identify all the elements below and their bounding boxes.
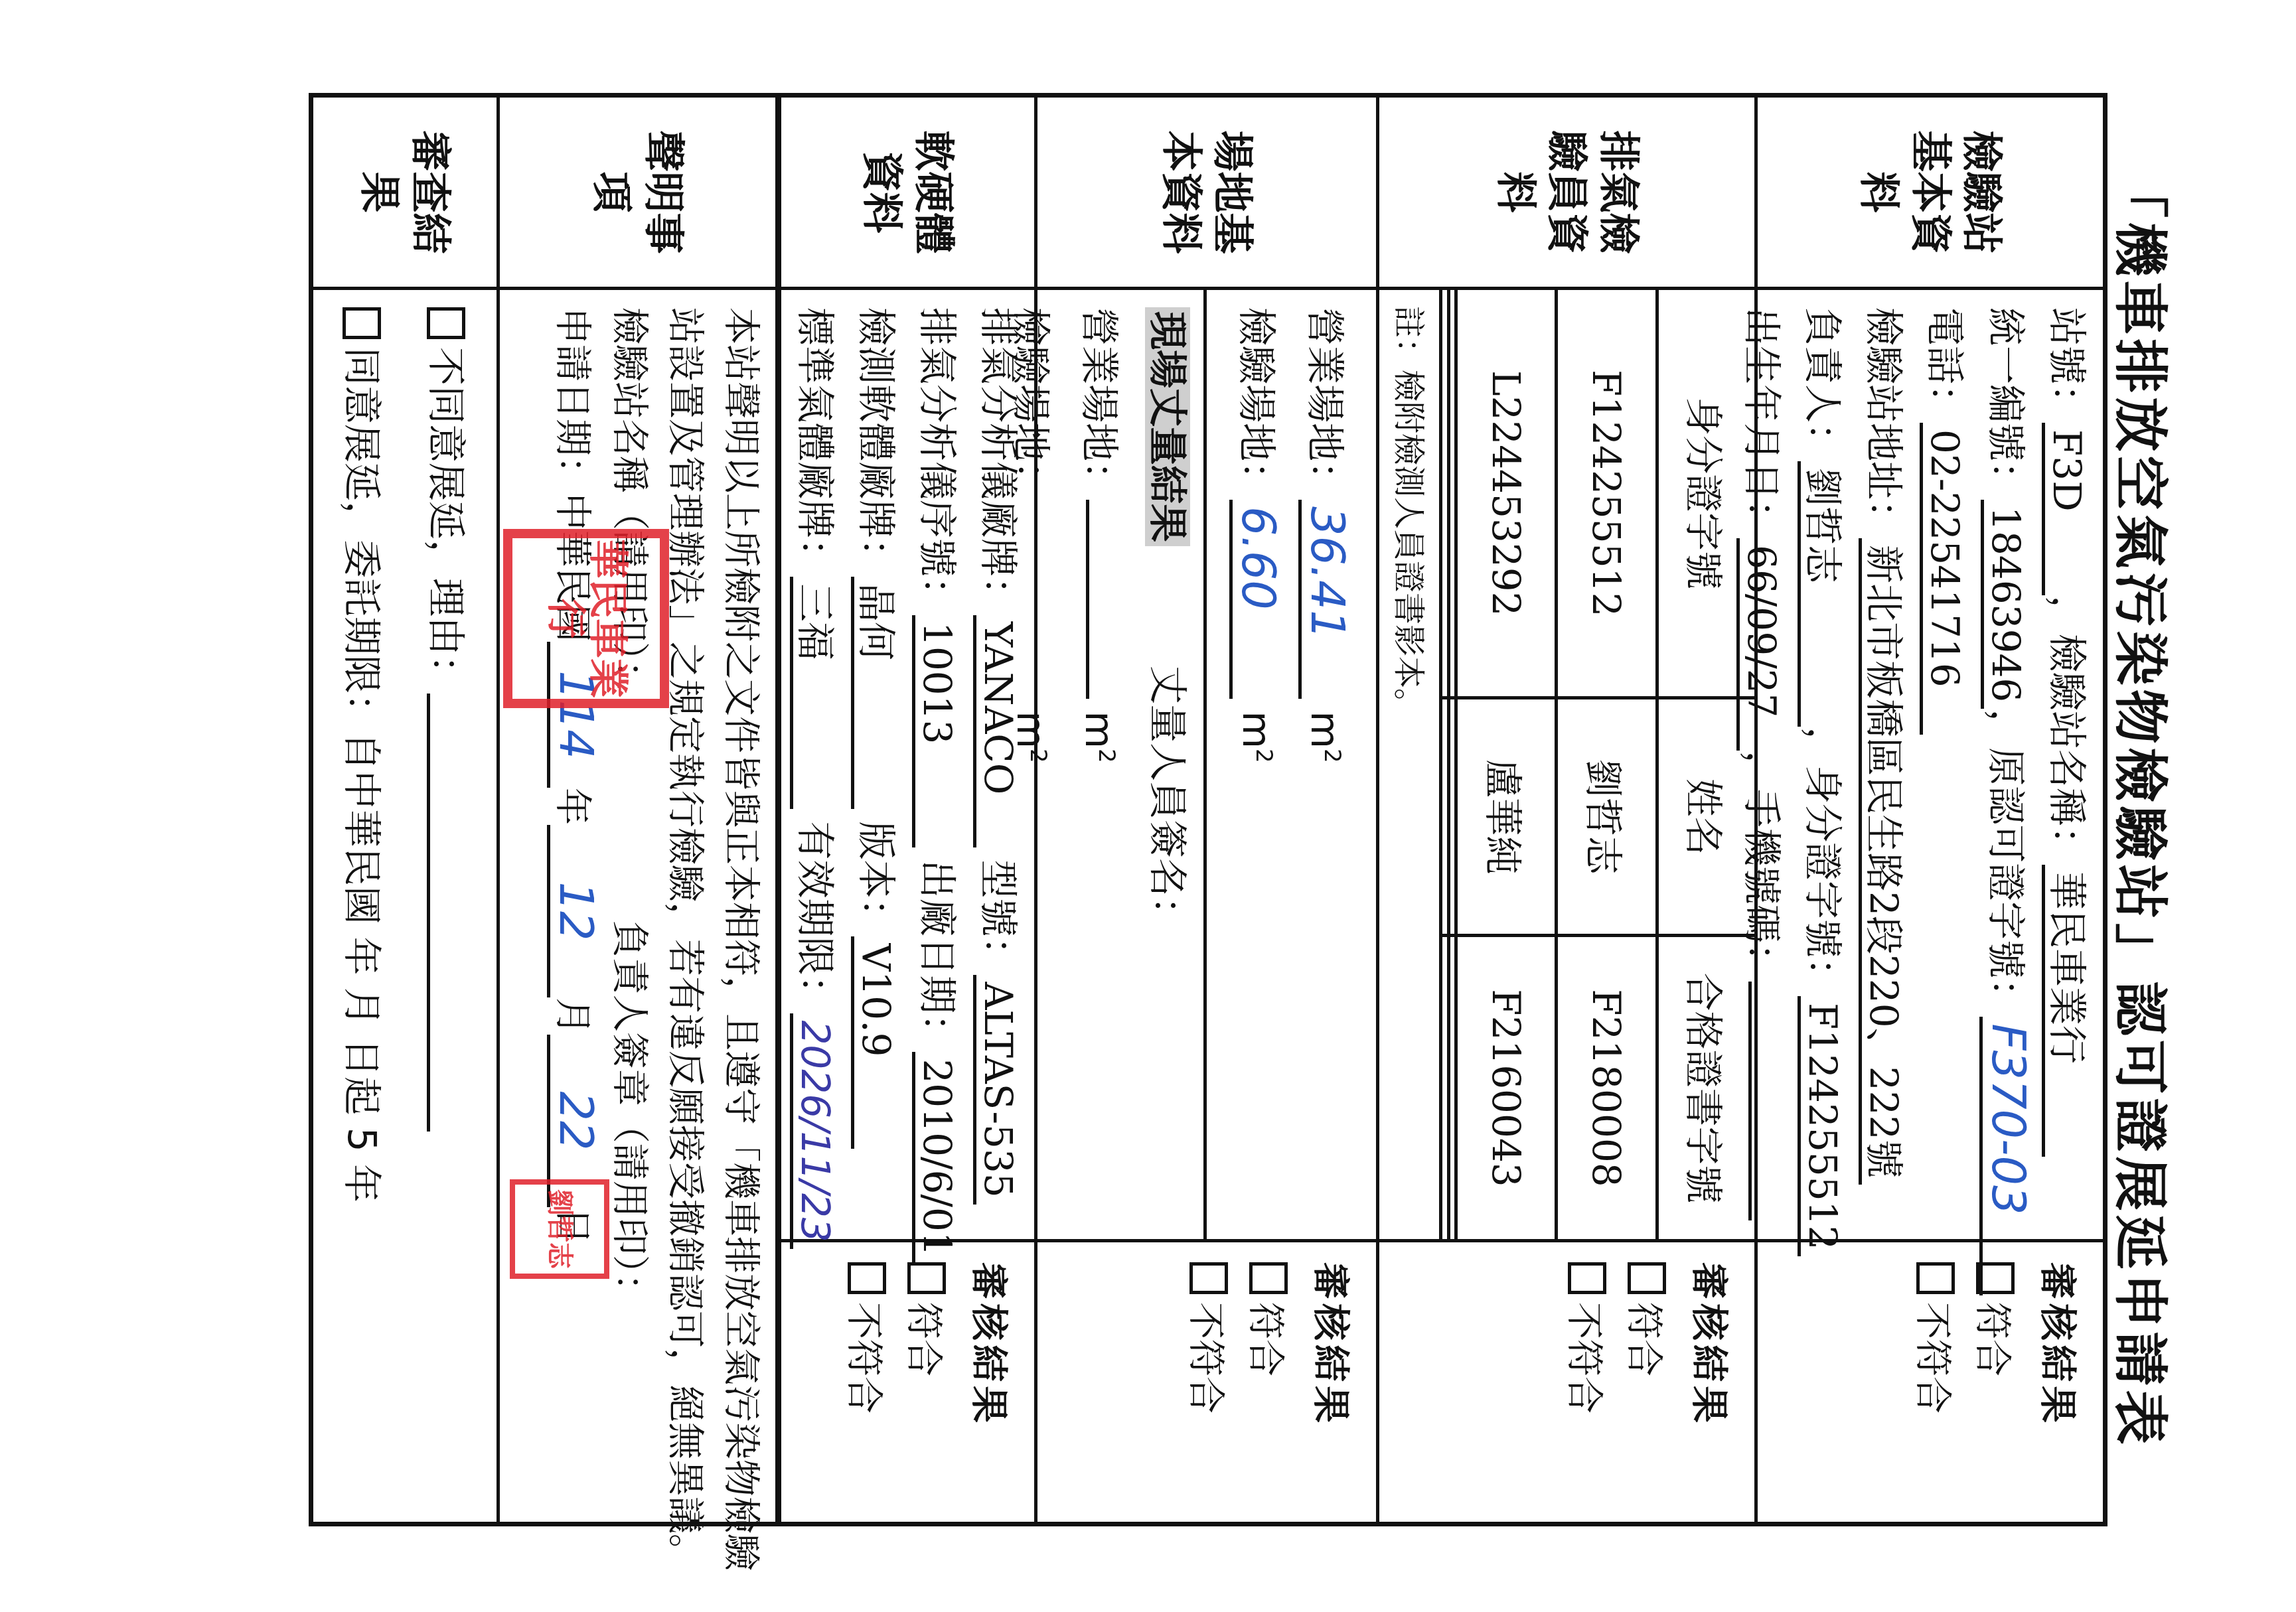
approve-checkbox[interactable]: 同意展延，委託期限：自中華民國 年 月 日起 5 年 [331,307,392,1203]
section-label: 審查結果 [313,98,497,290]
tax-id-line: 統一編號：18463946，原認可證字號：F370-03 [1975,290,2036,1239]
address-field[interactable]: 新北市板橋區民生路2段220、222號 [1859,538,1904,1185]
checkbox-icon [907,1262,946,1294]
site-onsite: 現場丈量結果丈量人員簽名： 營業場地： m2 檢驗場地： m2 [1037,290,1203,1239]
equipment-fields: 排氣分析儀廠牌：YANACO 型號：ALTAS-535 排氣分析儀序號：1001… [781,290,1034,1242]
section-label: 排氣檢驗員資料 [1379,98,1754,290]
review-station: 審核結果 符合 不符合 [1758,1242,2103,1522]
checkbox-icon [1568,1262,1606,1294]
pass-checkbox[interactable]: 符合 [1242,1262,1295,1502]
checkbox-icon [1189,1262,1228,1294]
station-fields: 站號：F3D，檢驗站名稱：華民車業行 統一編號：18463946，原認可證字號：… [1758,290,2103,1242]
station-stamp: 華民車業行 [503,529,669,708]
pass-checkbox[interactable]: 符合 [1620,1262,1673,1502]
review-site: 審核結果 符合 不符合 [1037,1242,1376,1522]
section-equipment: 軟硬體資料 排氣分析儀廠牌：YANACO 型號：ALTAS-535 排氣分析儀序… [775,98,1034,1522]
serial-field[interactable]: 10013 [912,615,958,847]
form-frame: 檢驗站基本資料 站號：F3D，檢驗站名稱：華民車業行 統一編號：18463946… [309,93,2107,1526]
table-row [1441,290,1449,1239]
checkbox-icon [343,307,381,339]
table-header: 身分證字號 姓名 合格證書字號 [1657,290,1754,1239]
owner-line: 負責人：劉哲志，身分證字號：F124255512 [1792,290,1853,1239]
model-field[interactable]: ALTAS-535 [973,975,1019,1204]
table-row: L224453292 盧華純 F2160043 [1456,290,1557,1239]
review-inspectors: 審核結果 符合 不符合 [1379,1242,1754,1522]
phone-field[interactable]: 02-22541716 [1920,423,1965,735]
section-inspectors: 排氣檢驗員資料 身分證字號 姓名 合格證書字號 F124255512 劉哲志 F… [1376,98,1754,1522]
section-site: 場地基本資料 營業場地：36.41 m2 檢驗場地：6.60 m2 現場丈量結果… [1034,98,1376,1522]
section-declaration: 聲明事項 本站聲明以上所檢附之文件皆與正本相符，且遵守「機車排放空氣污染物檢驗 … [497,98,775,1522]
inspector-table: 身分證字號 姓名 合格證書字號 F124255512 劉哲志 F2180008 … [1439,290,1754,1239]
declaration-body: 本站聲明以上所檢附之文件皆與正本相符，且遵守「機車排放空氣污染物檢驗 站設置及管… [500,290,775,1522]
section-result: 審查結果 不同意展延，理由： 同意展延，委託期限：自中華民國 年 月 日起 5 … [313,98,497,1522]
pass-checkbox[interactable]: 符合 [1969,1262,2022,1502]
review-equipment: 審核結果 符合 不符合 [781,1242,1034,1522]
fail-checkbox[interactable]: 不符合 [840,1262,893,1502]
reject-checkbox[interactable]: 不同意展延，理由： [416,307,477,694]
checkbox-icon [848,1262,886,1294]
onsite-business-area-field[interactable] [1086,500,1089,699]
checkbox-icon [1976,1262,2015,1294]
site-fields: 營業場地：36.41 m2 檢驗場地：6.60 m2 現場丈量結果丈量人員簽名：… [1037,290,1376,1242]
analyzer-brand-field[interactable]: YANACO [973,615,1019,847]
version-field[interactable]: V10.9 [851,936,897,1149]
business-area-field[interactable]: 36.41 [1298,500,1353,699]
fail-checkbox[interactable]: 不符合 [1182,1262,1235,1502]
table-row: F124255512 劉哲志 F2180008 [1557,290,1657,1239]
station-no-field[interactable]: F3D [2042,423,2088,595]
onsite-title: 現場丈量結果 [1145,307,1190,546]
mfg-date-field[interactable]: 2010/6/01 [912,1052,958,1262]
expiry-field[interactable]: 2026/11/23 [790,1013,836,1248]
checkbox-icon [427,307,465,339]
software-field[interactable]: 晶何 [851,577,897,809]
address-line: 檢驗站地址：新北市板橋區民生路2段220、222號 [1853,290,1914,1239]
station-name-field[interactable]: 華民車業行 [2042,865,2088,1157]
station-no-line: 站號：F3D，檢驗站名稱：華民車業行 [2036,290,2098,1239]
section-label: 場地基本資料 [1037,98,1376,290]
application-form-page: 「機車排放空氣污染物檢驗站」認可證展延申請表 檢驗站基本資料 站號：F3D，檢驗… [0,0,2296,1612]
pass-checkbox[interactable]: 符合 [900,1262,953,1502]
fail-checkbox[interactable]: 不符合 [1909,1262,1962,1502]
tax-id-field[interactable]: 18463946 [1981,500,2027,709]
checkbox-icon [1916,1262,1955,1294]
table-row [1448,290,1456,1239]
gas-brand-field[interactable]: 三福 [790,577,836,809]
section-station: 檢驗站基本資料 站號：F3D，檢驗站名稱：華民車業行 統一編號：18463946… [1754,98,2103,1522]
checkbox-icon [1628,1262,1666,1294]
inspection-area-field[interactable]: 6.60 [1229,500,1284,699]
checkbox-icon [1249,1262,1288,1294]
result-body: 不同意展延，理由： 同意展延，委託期限：自中華民國 年 月 日起 5 年 [313,290,497,1522]
owner-stamp: 劉哲志 [510,1179,609,1279]
site-declared: 營業場地：36.41 m2 檢驗場地：6.60 m2 [1203,290,1376,1239]
owner-field[interactable]: 劉哲志 [1798,461,1843,727]
month-field[interactable]: 12 [547,825,601,997]
inspector-note: 註：檢附檢測人員證書影本。 [1389,306,1434,720]
section-label: 聲明事項 [500,98,775,290]
section-label: 檢驗站基本資料 [1758,98,2103,290]
inspector-table-area: 身分證字號 姓名 合格證書字號 F124255512 劉哲志 F2180008 … [1379,290,1754,1242]
section-label: 軟硬體資料 [781,98,1034,290]
declaration-text-1: 本站聲明以上所檢附之文件皆與正本相符，且遵守「機車排放空氣污染物檢驗 [713,290,769,1522]
declaration-text-2: 站設置及管理辦法」之規定執行檢驗，若有違反願接受撤銷認可，絕無異議。 [657,290,713,1522]
owner-id-field[interactable]: F124255512 [1798,996,1843,1256]
phone-line: 電話：02-22541716 [1914,290,1975,1239]
form-title: 「機車排放空氣污染物檢驗站」認可證展延申請表 [2105,0,2183,1612]
fail-checkbox[interactable]: 不符合 [1561,1262,1614,1502]
